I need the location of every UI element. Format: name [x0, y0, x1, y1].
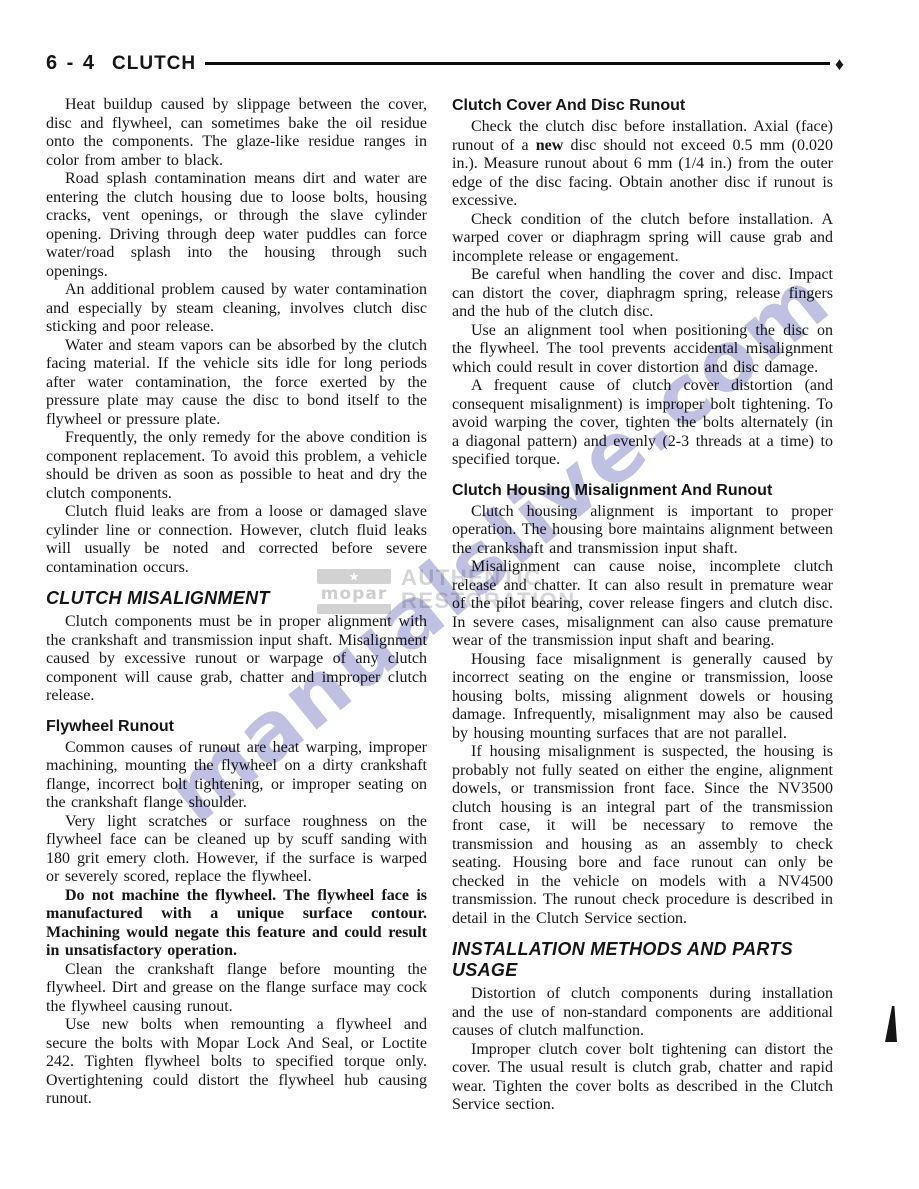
paragraph: Clutch housing alignment is important to…: [452, 503, 833, 559]
paragraph: Clean the crankshaft flange before mount…: [46, 961, 427, 1017]
paragraph: Common causes of runout are heat warping…: [46, 739, 427, 813]
header-rule: [205, 62, 830, 65]
paragraph: Heat buildup caused by slippage between …: [46, 96, 427, 170]
paragraph: Distortion of clutch components during i…: [452, 985, 833, 1041]
paragraph-bold: Do not machine the flywheel. The flywhee…: [46, 887, 427, 961]
diamond-icon: ♦: [835, 55, 844, 73]
paragraph: Be careful when handling the cover and d…: [452, 266, 833, 322]
paragraph: If housing misalignment is suspected, th…: [452, 743, 833, 928]
manual-page: ★ mopar AUTHENTIC RESTORATION 6 - 4 CLUT…: [0, 0, 919, 1189]
paragraph: Check the clutch disc before installatio…: [452, 118, 833, 211]
scan-artifact-mark: [884, 1006, 897, 1042]
paragraph: Housing face misalignment is generally c…: [452, 651, 833, 744]
sub-heading: Clutch Housing Misalignment And Runout: [452, 481, 833, 500]
paragraph: Use new bolts when remounting a flywheel…: [46, 1016, 427, 1109]
paragraph: An additional problem caused by water co…: [46, 281, 427, 337]
paragraph: Road splash contamination means dirt and…: [46, 170, 427, 281]
sub-heading: Flywheel Runout: [46, 717, 427, 736]
paragraph: Clutch fluid leaks are from a loose or d…: [46, 503, 427, 577]
paragraph: Very light scratches or surface roughnes…: [46, 813, 427, 887]
paragraph-bold-word: new: [536, 137, 564, 154]
page-header: 6 - 4 CLUTCH ♦: [46, 52, 844, 75]
section-heading: INSTALLATION METHODS AND PARTS USAGE: [452, 939, 833, 981]
right-column: Clutch Cover And Disc Runout Check the c…: [452, 96, 833, 1115]
paragraph: Frequently, the only remedy for the abov…: [46, 429, 427, 503]
sub-heading: Clutch Cover And Disc Runout: [452, 96, 833, 115]
page-number: 6 - 4: [46, 52, 96, 75]
paragraph: Improper clutch cover bolt tightening ca…: [452, 1041, 833, 1115]
paragraph: Use an alignment tool when positioning t…: [452, 322, 833, 378]
paragraph: Misalignment can cause noise, incomplete…: [452, 558, 833, 651]
section-title: CLUTCH: [112, 53, 196, 75]
section-heading: CLUTCH MISALIGNMENT: [46, 588, 427, 609]
paragraph: Clutch components must be in proper alig…: [46, 613, 427, 706]
paragraph: Water and steam vapors can be absorbed b…: [46, 337, 427, 430]
paragraph: A frequent cause of clutch cover distort…: [452, 377, 833, 470]
paragraph: Check condition of the clutch before ins…: [452, 211, 833, 267]
left-column: Heat buildup caused by slippage between …: [46, 96, 427, 1109]
